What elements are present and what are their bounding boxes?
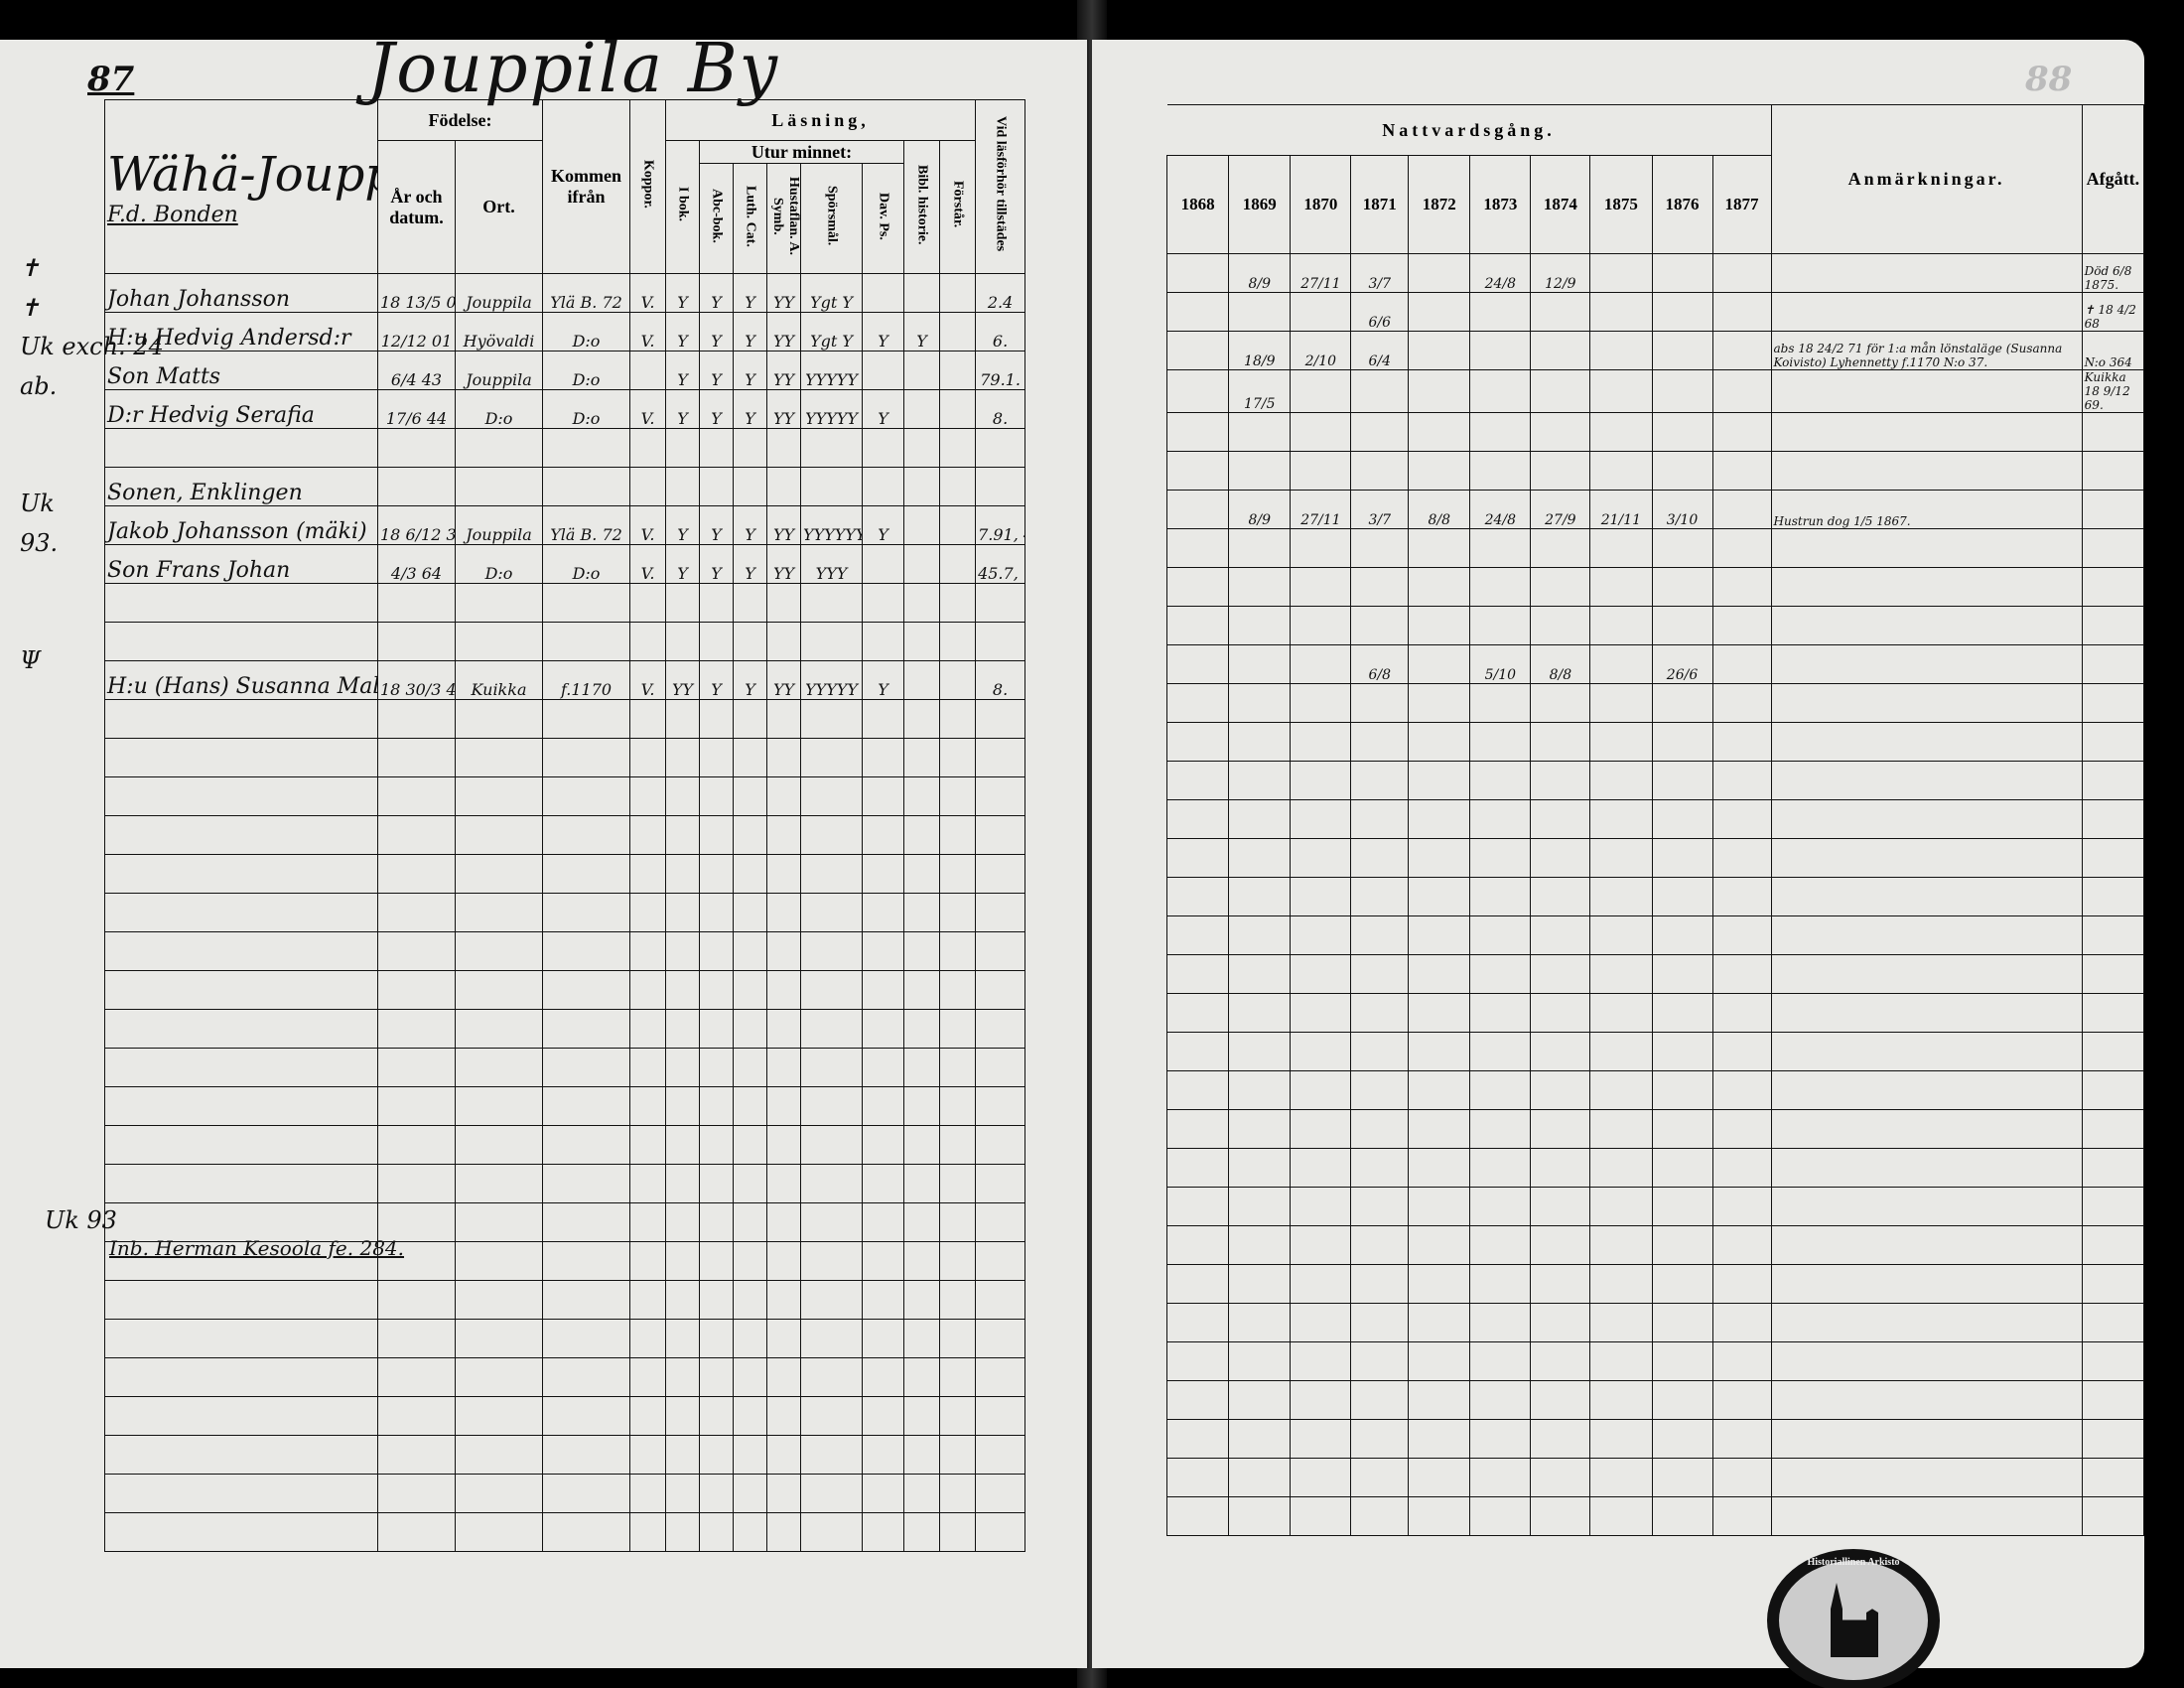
farm-header: Wähä-Jouppila F.d. Bonden (105, 100, 378, 274)
departed-cell (2082, 1342, 2143, 1381)
communion-date-cell (1652, 955, 1712, 994)
cell-from (543, 468, 630, 506)
communion-date-cell (1590, 413, 1652, 452)
cell-koppor (630, 1281, 666, 1320)
table-row (1167, 413, 2144, 452)
cell-place (456, 1397, 543, 1436)
cell-abc (700, 894, 734, 932)
communion-date-cell (1470, 332, 1531, 370)
remarks-cell (1771, 878, 2082, 916)
cell-born (378, 584, 456, 623)
cell-name (105, 894, 378, 932)
communion-date-cell (1531, 529, 1590, 568)
communion-date-cell (1712, 491, 1771, 529)
communion-date-cell (1291, 452, 1351, 491)
cell-koppor (630, 816, 666, 855)
margin-note: 93. (20, 529, 58, 557)
communion-date-cell (1712, 1459, 1771, 1497)
cell-from (543, 739, 630, 777)
communion-date-cell (1409, 529, 1470, 568)
communion-date-cell (1167, 254, 1229, 293)
cell-present (976, 777, 1025, 816)
cell-bibl (904, 274, 940, 313)
cell-from (543, 1165, 630, 1203)
cell-spors: YYYYY (801, 352, 863, 390)
cell-place (456, 855, 543, 894)
cell-spors (801, 468, 863, 506)
cell-bibl (904, 506, 940, 545)
communion-date-cell (1167, 529, 1229, 568)
communion-date-cell (1167, 1265, 1229, 1304)
right-register-body: 8/927/113/724/812/9Död 6/8 1875.6/6✝ 18 … (1167, 254, 2144, 1536)
cell-from (543, 1242, 630, 1281)
cell-bibl (904, 661, 940, 700)
cell-i_bok (666, 1010, 700, 1049)
cell-i_bok (666, 855, 700, 894)
cell-name (105, 1475, 378, 1513)
cell-name (105, 1049, 378, 1087)
departed-cell (2082, 1188, 2143, 1226)
cell-bibl (904, 1513, 940, 1552)
cell-luth: Y (734, 274, 767, 313)
cell-bibl (904, 584, 940, 623)
year-1868: 1868 (1167, 156, 1229, 254)
cell-name (105, 777, 378, 816)
communion-date-cell (1590, 1110, 1652, 1149)
cell-husafl (767, 739, 801, 777)
cell-i_bok (666, 894, 700, 932)
cell-luth (734, 584, 767, 623)
cell-husafl (767, 1281, 801, 1320)
cell-dav (863, 545, 904, 584)
cell-name: Son Frans Johan (105, 545, 378, 584)
cell-koppor (630, 1087, 666, 1126)
communion-date-cell (1351, 1033, 1409, 1071)
cell-koppor (630, 739, 666, 777)
communion-date-cell (1291, 762, 1351, 800)
table-row (1167, 1226, 2144, 1265)
communion-date-cell (1351, 1459, 1409, 1497)
cell-forst (940, 1049, 976, 1087)
table-row: H:u Hedvig Andersd:r12/12 01HyövaldiD:oV… (105, 313, 1025, 352)
communion-date-cell: 6/6 (1351, 293, 1409, 332)
table-row (1167, 839, 2144, 878)
table-row (1167, 762, 2144, 800)
communion-date-cell (1531, 1497, 1590, 1536)
communion-date-cell (1291, 800, 1351, 839)
cell-dav (863, 1358, 904, 1397)
cell-dav (863, 1436, 904, 1475)
cell-bibl (904, 429, 940, 468)
cell-present (976, 1358, 1025, 1397)
cell-born (378, 1436, 456, 1475)
communion-date-cell: 12/9 (1531, 254, 1590, 293)
cell-present (976, 1126, 1025, 1165)
cell-forst (940, 855, 976, 894)
cell-dav (863, 584, 904, 623)
communion-date-cell (1470, 1497, 1531, 1536)
cell-dav (863, 1087, 904, 1126)
cell-abc: Y (700, 661, 734, 700)
cell-bibl (904, 1281, 940, 1320)
cell-born (378, 932, 456, 971)
cell-dav (863, 894, 904, 932)
communion-date-cell (1229, 413, 1291, 452)
communion-date-cell (1652, 1459, 1712, 1497)
header-dav-ps: Dav. Ps. (876, 193, 891, 240)
cell-luth: Y (734, 352, 767, 390)
cell-i_bok (666, 1087, 700, 1126)
communion-date-cell (1351, 723, 1409, 762)
communion-date-cell (1712, 1381, 1771, 1420)
communion-date-cell (1470, 878, 1531, 916)
communion-date-cell (1712, 452, 1771, 491)
cell-place: D:o (456, 545, 543, 584)
communion-date-cell (1470, 1459, 1531, 1497)
communion-date-cell (1531, 370, 1590, 413)
communion-date-cell (1590, 645, 1652, 684)
cell-from (543, 971, 630, 1010)
communion-date-cell (1351, 452, 1409, 491)
cell-dav: Y (863, 661, 904, 700)
communion-date-cell (1351, 800, 1409, 839)
remarks-cell (1771, 1381, 2082, 1420)
communion-date-cell (1167, 1304, 1229, 1342)
communion-date-cell (1409, 1304, 1470, 1342)
cell-luth (734, 1320, 767, 1358)
header-luth-cat: Luth. Cat. (743, 186, 758, 247)
remarks-cell (1771, 1033, 2082, 1071)
cell-spors (801, 1087, 863, 1126)
cell-forst (940, 1203, 976, 1242)
communion-date-cell (1229, 800, 1291, 839)
cell-place (456, 468, 543, 506)
cell-present: 7.91, 4. (976, 506, 1025, 545)
cell-abc (700, 584, 734, 623)
communion-date-cell (1531, 1304, 1590, 1342)
communion-date-cell (1291, 1110, 1351, 1149)
communion-date-cell: 2/10 (1291, 332, 1351, 370)
communion-date-cell (1409, 994, 1470, 1033)
cell-bibl (904, 1320, 940, 1358)
cell-from (543, 700, 630, 739)
communion-date-cell (1470, 723, 1531, 762)
cell-spors (801, 932, 863, 971)
cell-present (976, 623, 1025, 661)
communion-date-cell (1470, 1304, 1531, 1342)
cell-from (543, 1358, 630, 1397)
cell-luth (734, 855, 767, 894)
communion-date-cell (1409, 568, 1470, 607)
cell-place (456, 1358, 543, 1397)
cell-place (456, 971, 543, 1010)
communion-date-cell (1351, 568, 1409, 607)
cell-place (456, 1049, 543, 1087)
communion-date-cell (1590, 1342, 1652, 1381)
cell-dav (863, 739, 904, 777)
cell-abc: Y (700, 545, 734, 584)
cell-spors (801, 1397, 863, 1436)
cell-dav (863, 1049, 904, 1087)
cell-koppor (630, 777, 666, 816)
communion-date-cell (1531, 293, 1590, 332)
cell-husafl (767, 468, 801, 506)
communion-date-cell (1351, 839, 1409, 878)
communion-date-cell (1229, 839, 1291, 878)
cell-born (378, 1165, 456, 1203)
cell-forst (940, 1436, 976, 1475)
table-row (1167, 568, 2144, 607)
cell-spors: YYY (801, 545, 863, 584)
communion-date-cell (1409, 1342, 1470, 1381)
year-1875: 1875 (1590, 156, 1652, 254)
communion-date-cell (1229, 684, 1291, 723)
cell-forst (940, 352, 976, 390)
communion-date-cell: 3/7 (1351, 254, 1409, 293)
cell-i_bok (666, 700, 700, 739)
communion-date-cell (1409, 955, 1470, 994)
cell-present (976, 1475, 1025, 1513)
communion-date-cell (1229, 1149, 1291, 1188)
communion-date-cell (1652, 1071, 1712, 1110)
margin-note: ✝ (20, 294, 40, 322)
communion-date-cell (1229, 1459, 1291, 1497)
cell-luth: Y (734, 506, 767, 545)
communion-date-cell: 3/7 (1351, 491, 1409, 529)
communion-date-cell (1167, 994, 1229, 1033)
table-row (1167, 1497, 2144, 1536)
cell-husafl (767, 777, 801, 816)
departed-cell (2082, 878, 2143, 916)
communion-date-cell (1590, 994, 1652, 1033)
cell-from (543, 1281, 630, 1320)
cell-abc: Y (700, 352, 734, 390)
communion-date-cell (1229, 994, 1291, 1033)
cell-i_bok (666, 1126, 700, 1165)
cell-place: Jouppila (456, 506, 543, 545)
communion-date-cell (1652, 1420, 1712, 1459)
header-bibl-historie: Bibl. historie. (914, 165, 930, 245)
communion-date-cell (1229, 878, 1291, 916)
communion-date-cell: 27/11 (1291, 491, 1351, 529)
remarks-cell (1771, 762, 2082, 800)
cell-present (976, 584, 1025, 623)
cell-born (378, 1513, 456, 1552)
cell-abc (700, 1165, 734, 1203)
communion-date-cell (1470, 1110, 1531, 1149)
cell-husafl (767, 584, 801, 623)
table-row (105, 584, 1025, 623)
communion-date-cell (1291, 1304, 1351, 1342)
communion-date-cell (1351, 1071, 1409, 1110)
communion-date-cell (1409, 332, 1470, 370)
communion-date-cell (1351, 1342, 1409, 1381)
header-koppor: Koppor. (640, 160, 656, 209)
cell-spors (801, 700, 863, 739)
communion-date-cell (1590, 568, 1652, 607)
communion-date-cell (1470, 1033, 1531, 1071)
communion-date-cell (1712, 955, 1771, 994)
communion-date-cell (1470, 529, 1531, 568)
table-row: 18/92/106/4abs 18 24/2 71 för 1:a mån lö… (1167, 332, 2144, 370)
communion-date-cell (1291, 293, 1351, 332)
cell-spors (801, 1242, 863, 1281)
communion-date-cell (1351, 1304, 1409, 1342)
cell-place (456, 1203, 543, 1242)
communion-date-cell (1409, 762, 1470, 800)
cell-i_bok (666, 1165, 700, 1203)
communion-date-cell (1470, 684, 1531, 723)
departed-cell (2082, 568, 2143, 607)
cell-forst (940, 894, 976, 932)
cell-present: 2.4 (976, 274, 1025, 313)
communion-date-cell (1409, 254, 1470, 293)
communion-date-cell (1652, 529, 1712, 568)
cell-abc: Y (700, 274, 734, 313)
communion-date-cell (1470, 916, 1531, 955)
communion-date-cell: 27/9 (1531, 491, 1590, 529)
communion-date-cell (1351, 529, 1409, 568)
cell-luth: Y (734, 661, 767, 700)
departed-cell: Död 6/8 1875. (2082, 254, 2143, 293)
cell-forst (940, 274, 976, 313)
communion-date-cell (1351, 370, 1409, 413)
table-row (105, 894, 1025, 932)
communion-date-cell (1470, 1342, 1531, 1381)
cell-present: 45.7, 7. (976, 545, 1025, 584)
cell-i_bok (666, 1281, 700, 1320)
cell-bibl (904, 1475, 940, 1513)
cell-i_bok (666, 971, 700, 1010)
cell-bibl (904, 390, 940, 429)
table-row (1167, 1304, 2144, 1342)
cell-abc (700, 1242, 734, 1281)
cell-from (543, 1126, 630, 1165)
communion-date-cell (1590, 762, 1652, 800)
communion-date-cell (1409, 645, 1470, 684)
communion-date-cell (1712, 762, 1771, 800)
cell-born (378, 816, 456, 855)
cell-present (976, 894, 1025, 932)
table-row (105, 816, 1025, 855)
communion-date-cell (1229, 1033, 1291, 1071)
cell-spors (801, 1165, 863, 1203)
departed-cell (2082, 1071, 2143, 1110)
departed-cell (2082, 1459, 2143, 1497)
communion-date-cell (1409, 1033, 1470, 1071)
communion-date-cell (1409, 800, 1470, 839)
cell-name (105, 1165, 378, 1203)
cell-bibl (904, 777, 940, 816)
cell-born (378, 777, 456, 816)
cell-i_bok (666, 584, 700, 623)
departed-cell (2082, 1304, 2143, 1342)
communion-date-cell (1167, 452, 1229, 491)
communion-date-cell (1712, 994, 1771, 1033)
communion-date-cell (1167, 413, 1229, 452)
cell-bibl (904, 468, 940, 506)
cell-koppor (630, 1242, 666, 1281)
cell-dav (863, 1475, 904, 1513)
cell-bibl (904, 1358, 940, 1397)
cell-husafl (767, 855, 801, 894)
cell-abc (700, 739, 734, 777)
communion-date-cell: 27/11 (1291, 254, 1351, 293)
communion-date-cell (1531, 1381, 1590, 1420)
cell-spors (801, 739, 863, 777)
cell-koppor (630, 1320, 666, 1358)
communion-date-cell (1531, 332, 1590, 370)
cell-from (543, 1203, 630, 1242)
cell-luth (734, 1126, 767, 1165)
cell-i_bok (666, 468, 700, 506)
communion-date-cell (1531, 839, 1590, 878)
remarks-cell (1771, 1497, 2082, 1536)
cell-luth: Y (734, 545, 767, 584)
communion-date-cell (1409, 1110, 1470, 1149)
communion-date-cell (1167, 568, 1229, 607)
cell-husafl: YY (767, 661, 801, 700)
remarks-cell (1771, 955, 2082, 994)
communion-date-cell (1291, 1381, 1351, 1420)
cell-husafl (767, 816, 801, 855)
cell-abc: Y (700, 390, 734, 429)
communion-date-cell (1167, 800, 1229, 839)
cell-born (378, 468, 456, 506)
departed-cell: N:o 364 (2082, 332, 2143, 370)
header-nattvardsgang: Nattvardsgång. (1167, 105, 1772, 156)
table-row (105, 1397, 1025, 1436)
cell-forst (940, 584, 976, 623)
cell-present (976, 1281, 1025, 1320)
cell-spors (801, 1010, 863, 1049)
cell-forst (940, 1358, 976, 1397)
communion-date-cell (1291, 1188, 1351, 1226)
communion-date-cell: 5/10 (1470, 645, 1531, 684)
cell-husafl: YY (767, 506, 801, 545)
header-forstar: Förstår. (950, 181, 966, 227)
communion-date-cell (1470, 452, 1531, 491)
margin-note: ab. (20, 372, 57, 400)
cell-abc (700, 1436, 734, 1475)
remarks-cell (1771, 645, 2082, 684)
cell-forst (940, 313, 976, 352)
communion-date-cell (1590, 1071, 1652, 1110)
departed-cell (2082, 413, 2143, 452)
communion-date-cell (1167, 332, 1229, 370)
communion-date-cell (1531, 607, 1590, 645)
communion-date-cell (1470, 1226, 1531, 1265)
cell-koppor (630, 584, 666, 623)
remarks-cell (1771, 607, 2082, 645)
communion-date-cell: 21/11 (1590, 491, 1652, 529)
cell-born (378, 1281, 456, 1320)
year-1870: 1870 (1291, 156, 1351, 254)
cell-from (543, 1475, 630, 1513)
cell-abc (700, 1475, 734, 1513)
communion-date-cell (1712, 1420, 1771, 1459)
communion-date-cell (1652, 1110, 1712, 1149)
cell-name: Johan Johansson (105, 274, 378, 313)
cell-place (456, 623, 543, 661)
cell-present (976, 468, 1025, 506)
communion-date-cell: 8/8 (1409, 491, 1470, 529)
departed-cell (2082, 452, 2143, 491)
communion-date-cell (1409, 839, 1470, 878)
communion-date-cell (1712, 878, 1771, 916)
table-row (105, 429, 1025, 468)
communion-date-cell (1652, 1149, 1712, 1188)
